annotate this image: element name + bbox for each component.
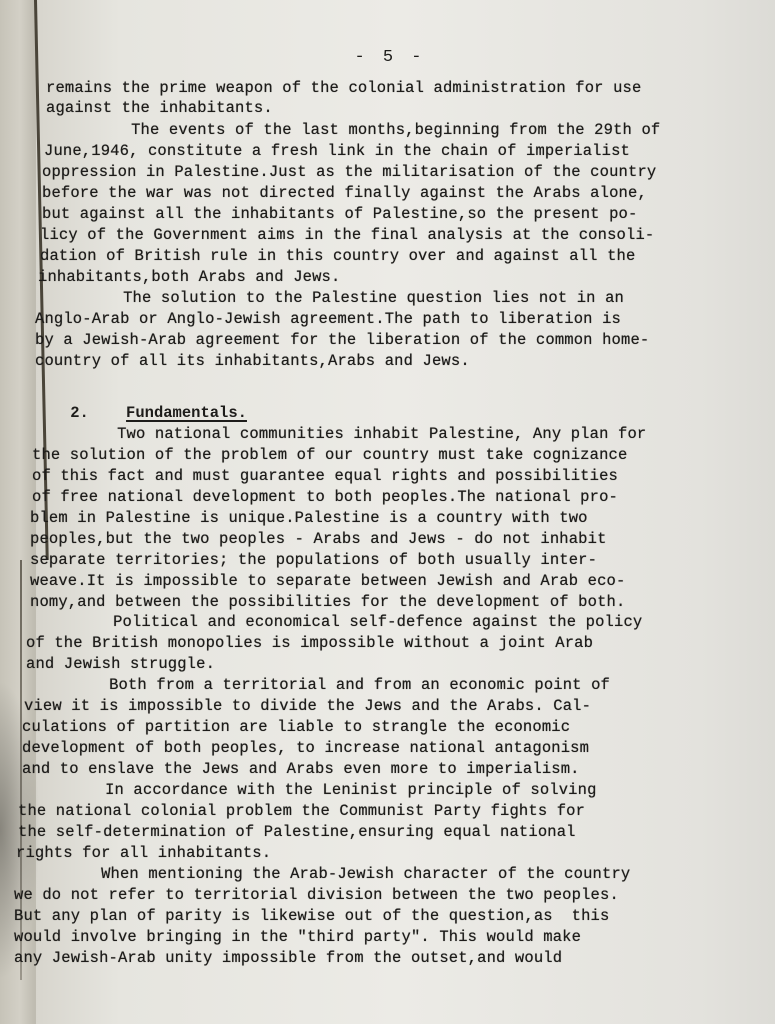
text-line: before the war was not directed finally …	[42, 183, 647, 203]
text-line: blem in Palestine is unique.Palestine is…	[30, 508, 588, 528]
text-line: of this fact and must guarantee equal ri…	[32, 466, 618, 486]
text-line: of free national development to both peo…	[32, 487, 618, 507]
text-line: nomy,and between the possibilities for t…	[30, 592, 625, 612]
text-line: oppression in Palestine.Just as the mili…	[42, 162, 656, 182]
text-line: the national colonial problem the Commun…	[18, 801, 585, 821]
text-line: When mentioning the Arab-Jewish characte…	[16, 864, 630, 884]
text-line: peoples,but the two peoples - Arabs and …	[30, 529, 607, 549]
text-line: development of both peoples, to increase…	[22, 738, 589, 758]
text-line: The events of the last months,beginning …	[46, 120, 660, 140]
text-line: would involve bringing in the "third par…	[14, 927, 581, 947]
text-line: Two national communities inhabit Palesti…	[32, 424, 646, 444]
text-line: inhabitants,both Arabs and Jews.	[38, 267, 340, 287]
text-line: any Jewish-Arab unity impossible from th…	[14, 948, 562, 968]
text-line: by a Jewish-Arab agreement for the liber…	[35, 330, 649, 350]
text-line: but against all the inhabitants of Pales…	[42, 204, 637, 224]
text-line: Political and economical self-defence ag…	[28, 612, 642, 632]
text-line: The solution to the Palestine question l…	[38, 288, 624, 308]
text-line: June,1946, constitute a fresh link in th…	[44, 141, 630, 161]
text-line: rights for all inhabitants.	[16, 843, 271, 863]
text-line: country of all its inhabitants,Arabs and…	[35, 351, 470, 371]
text-line: separate territories; the populations of…	[30, 550, 597, 570]
text-line: the solution of the problem of our count…	[32, 445, 627, 465]
text-line: remains the prime weapon of the colonial…	[46, 78, 641, 98]
section-number: 2.	[70, 404, 89, 422]
text-line: weave.It is impossible to separate betwe…	[30, 571, 625, 591]
text-line: licy of the Government aims in the final…	[40, 225, 654, 245]
text-line: But any plan of parity is likewise out o…	[14, 906, 609, 926]
text-line: and Jewish struggle.	[26, 654, 215, 674]
text-line: we do not refer to territorial division …	[14, 885, 619, 905]
typewritten-page: - 5 - remains the prime weapon of the co…	[30, 0, 750, 1024]
text-line: Both from a territorial and from an econ…	[24, 675, 610, 695]
text-line: the self-determination of Palestine,ensu…	[18, 822, 576, 842]
text-line: dation of British rule in this country o…	[40, 246, 635, 266]
text-line: culations of partition are liable to str…	[22, 717, 570, 737]
page-number: - 5 -	[30, 48, 750, 67]
section-title: Fundamentals.	[126, 404, 247, 422]
text-line: and to enslave the Jews and Arabs even m…	[22, 759, 580, 779]
text-line: In accordance with the Leninist principl…	[20, 780, 597, 800]
text-line: of the British monopolies is impossible …	[26, 633, 593, 653]
text-line: Anglo-Arab or Anglo-Jewish agreement.The…	[35, 309, 621, 329]
text-line: against the inhabitants.	[46, 98, 273, 118]
text-line: view it is impossible to divide the Jews…	[24, 696, 591, 716]
